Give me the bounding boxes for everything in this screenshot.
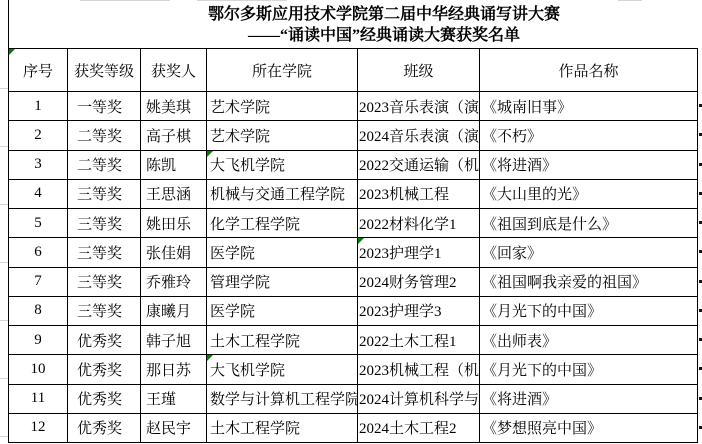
column-header-3[interactable]: 所在学院 xyxy=(207,49,358,92)
spreadsheet-canvas: 鄂尔多斯应用技术学院第二届中华经典诵写讲大赛 ——“诵读中国”经典诵读大赛获奖名… xyxy=(0,0,702,444)
cell-r3-c5[interactable]: 《将进酒》 xyxy=(480,150,698,179)
cell-r11-c2[interactable]: 王瑾 xyxy=(141,384,207,413)
award-table: 序号获奖等级获奖人所在学院班级作品名称 1一等奖姚美琪艺术学院2023音乐表演（… xyxy=(8,48,698,443)
gridline-remnant xyxy=(0,320,8,321)
gridline-remnant xyxy=(0,204,8,205)
table-row: 10优秀奖那日苏大飞机学院2023机械工程（机务）《月光下的中国》 xyxy=(9,355,698,384)
table-row: 9优秀奖韩子旭土木工程学院2022土木工程1《出师表》 xyxy=(9,326,698,355)
cell-r12-c5[interactable]: 《梦想照亮中国》 xyxy=(480,413,698,442)
cell-r10-c4[interactable]: 2023机械工程（机务） xyxy=(358,355,480,384)
cell-r2-c5[interactable]: 《不朽》 xyxy=(480,121,698,150)
column-header-5[interactable]: 作品名称 xyxy=(480,49,698,92)
gridline-remnant xyxy=(0,378,8,379)
cell-r8-c3[interactable]: 医学院 xyxy=(207,296,358,325)
table-row: 1一等奖姚美琪艺术学院2023音乐表演（演唱）《城南旧事》 xyxy=(9,92,698,121)
gridline-remnant xyxy=(80,0,170,1)
cell-r7-c5[interactable]: 《祖国啊我亲爱的祖国》 xyxy=(480,267,698,296)
header-row: 序号获奖等级获奖人所在学院班级作品名称 xyxy=(9,49,698,92)
cell-r12-c1[interactable]: 优秀奖 xyxy=(68,413,141,442)
cell-r9-c5[interactable]: 《出师表》 xyxy=(480,326,698,355)
cell-r6-c3[interactable]: 医学院 xyxy=(207,238,358,267)
cell-r1-c1[interactable]: 一等奖 xyxy=(68,92,141,121)
cell-r12-c3[interactable]: 土木工程学院 xyxy=(207,413,358,442)
cell-r4-c4[interactable]: 2023机械工程 xyxy=(358,179,480,208)
cell-r8-c4[interactable]: 2023护理学3 xyxy=(358,296,480,325)
cell-r11-c4[interactable]: 2024计算机科学与技术1 xyxy=(358,384,480,413)
cell-r9-c0[interactable]: 9 xyxy=(9,326,68,355)
gridline-remnant xyxy=(0,146,8,147)
table-row: 8三等奖康曦月医学院2023护理学3《月光下的中国》 xyxy=(9,296,698,325)
gridline-remnant xyxy=(0,88,8,89)
table-row: 5三等奖姚田乐化学工程学院2022材料化学1《祖国到底是什么》 xyxy=(9,209,698,238)
cell-r4-c0[interactable]: 4 xyxy=(9,179,68,208)
cell-r5-c5[interactable]: 《祖国到底是什么》 xyxy=(480,209,698,238)
table-row: 4三等奖王思涵机械与交通工程学院2023机械工程《大山里的光》 xyxy=(9,179,698,208)
gridline-remnant xyxy=(618,0,642,1)
cell-r10-c2[interactable]: 那日苏 xyxy=(141,355,207,384)
cell-r11-c5[interactable]: 《将进酒》 xyxy=(480,384,698,413)
table-row: 2二等奖高子棋艺术学院2024音乐表演（演唱）《不朽》 xyxy=(9,121,698,150)
gridline-remnant xyxy=(0,262,8,263)
cell-r3-c2[interactable]: 陈凯 xyxy=(141,150,207,179)
cell-r7-c3[interactable]: 管理学院 xyxy=(207,267,358,296)
cell-r12-c4[interactable]: 2024土木工程2 xyxy=(358,413,480,442)
column-header-4[interactable]: 班级 xyxy=(358,49,480,92)
cell-r3-c0[interactable]: 3 xyxy=(9,150,68,179)
cell-r11-c3[interactable]: 数学与计算机工程学院 xyxy=(207,384,358,413)
cell-r1-c4[interactable]: 2023音乐表演（演唱） xyxy=(358,92,480,121)
cell-r12-c0[interactable]: 12 xyxy=(9,413,68,442)
cell-r3-c1[interactable]: 二等奖 xyxy=(68,150,141,179)
cell-r5-c0[interactable]: 5 xyxy=(9,209,68,238)
cell-r9-c1[interactable]: 优秀奖 xyxy=(68,326,141,355)
cell-r2-c4[interactable]: 2024音乐表演（演唱） xyxy=(358,121,480,150)
cell-r9-c2[interactable]: 韩子旭 xyxy=(141,326,207,355)
cell-r7-c1[interactable]: 三等奖 xyxy=(68,267,141,296)
cell-r4-c2[interactable]: 王思涵 xyxy=(141,179,207,208)
cell-r3-c4[interactable]: 2022交通运输（机场） xyxy=(358,150,480,179)
cell-r5-c1[interactable]: 三等奖 xyxy=(68,209,141,238)
cell-r3-c3[interactable]: 大飞机学院 xyxy=(207,150,358,179)
document-title-line2: ——“诵读中国”经典诵读大赛获奖名单 xyxy=(8,25,702,46)
cell-r8-c0[interactable]: 8 xyxy=(9,296,68,325)
cell-r4-c3[interactable]: 机械与交通工程学院 xyxy=(207,179,358,208)
cell-r12-c2[interactable]: 赵民宇 xyxy=(141,413,207,442)
document-title: 鄂尔多斯应用技术学院第二届中华经典诵写讲大赛 ——“诵读中国”经典诵读大赛获奖名… xyxy=(8,4,702,46)
cell-r2-c1[interactable]: 二等奖 xyxy=(68,121,141,150)
column-header-0-flagged[interactable]: 序号 xyxy=(9,49,68,92)
cell-r10-c1[interactable]: 优秀奖 xyxy=(68,355,141,384)
cell-r4-c1[interactable]: 三等奖 xyxy=(68,179,141,208)
table-row: 3二等奖陈凯大飞机学院2022交通运输（机场）《将进酒》 xyxy=(9,150,698,179)
cell-r1-c2[interactable]: 姚美琪 xyxy=(141,92,207,121)
table-row: 11优秀奖王瑾数学与计算机工程学院2024计算机科学与技术1《将进酒》 xyxy=(9,384,698,413)
column-header-1[interactable]: 获奖等级 xyxy=(68,49,141,92)
cell-r11-c0[interactable]: 11 xyxy=(9,384,68,413)
cell-r2-c3[interactable]: 艺术学院 xyxy=(207,121,358,150)
cell-r5-c4[interactable]: 2022材料化学1 xyxy=(358,209,480,238)
cell-r10-c3[interactable]: 大飞机学院 xyxy=(207,355,358,384)
cell-r7-c4[interactable]: 2024财务管理2 xyxy=(358,267,480,296)
cell-r6-c0[interactable]: 6 xyxy=(9,238,68,267)
cell-r1-c3[interactable]: 艺术学院 xyxy=(207,92,358,121)
gridline-remnant xyxy=(0,436,8,437)
cell-r8-c2[interactable]: 康曦月 xyxy=(141,296,207,325)
table-row: 6三等奖张佳娟医学院2023护理学1《回家》 xyxy=(9,238,698,267)
cell-r1-c0[interactable]: 1 xyxy=(9,92,68,121)
cell-r5-c3[interactable]: 化学工程学院 xyxy=(207,209,358,238)
cell-r7-c2[interactable]: 乔雅玲 xyxy=(141,267,207,296)
cell-r7-c0[interactable]: 7 xyxy=(9,267,68,296)
cell-r9-c3[interactable]: 土木工程学院 xyxy=(207,326,358,355)
cell-r2-c2[interactable]: 高子棋 xyxy=(141,121,207,150)
table-row: 7三等奖乔雅玲管理学院2024财务管理2《祖国啊我亲爱的祖国》 xyxy=(9,267,698,296)
cell-r10-c0[interactable]: 10 xyxy=(9,355,68,384)
document-title-line1: 鄂尔多斯应用技术学院第二届中华经典诵写讲大赛 xyxy=(8,4,702,25)
cell-r6-c5[interactable]: 《回家》 xyxy=(480,238,698,267)
cell-r6-c1[interactable]: 三等奖 xyxy=(68,238,141,267)
cell-r8-c1[interactable]: 三等奖 xyxy=(68,296,141,325)
cell-r8-c5[interactable]: 《月光下的中国》 xyxy=(480,296,698,325)
cell-r6-c2[interactable]: 张佳娟 xyxy=(141,238,207,267)
gridline-remnant xyxy=(197,0,287,1)
cell-r10-c5[interactable]: 《月光下的中国》 xyxy=(480,355,698,384)
cell-r11-c1[interactable]: 优秀奖 xyxy=(68,384,141,413)
cell-r1-c5[interactable]: 《城南旧事》 xyxy=(480,92,698,121)
cell-r2-c0[interactable]: 2 xyxy=(9,121,68,150)
cell-r9-c4[interactable]: 2022土木工程1 xyxy=(358,326,480,355)
table-row: 12优秀奖赵民宇土木工程学院2024土木工程2《梦想照亮中国》 xyxy=(9,413,698,442)
cell-r4-c5[interactable]: 《大山里的光》 xyxy=(480,179,698,208)
cell-r5-c2[interactable]: 姚田乐 xyxy=(141,209,207,238)
column-header-2[interactable]: 获奖人 xyxy=(141,49,207,92)
cell-r6-c4[interactable]: 2023护理学1 xyxy=(358,238,480,267)
